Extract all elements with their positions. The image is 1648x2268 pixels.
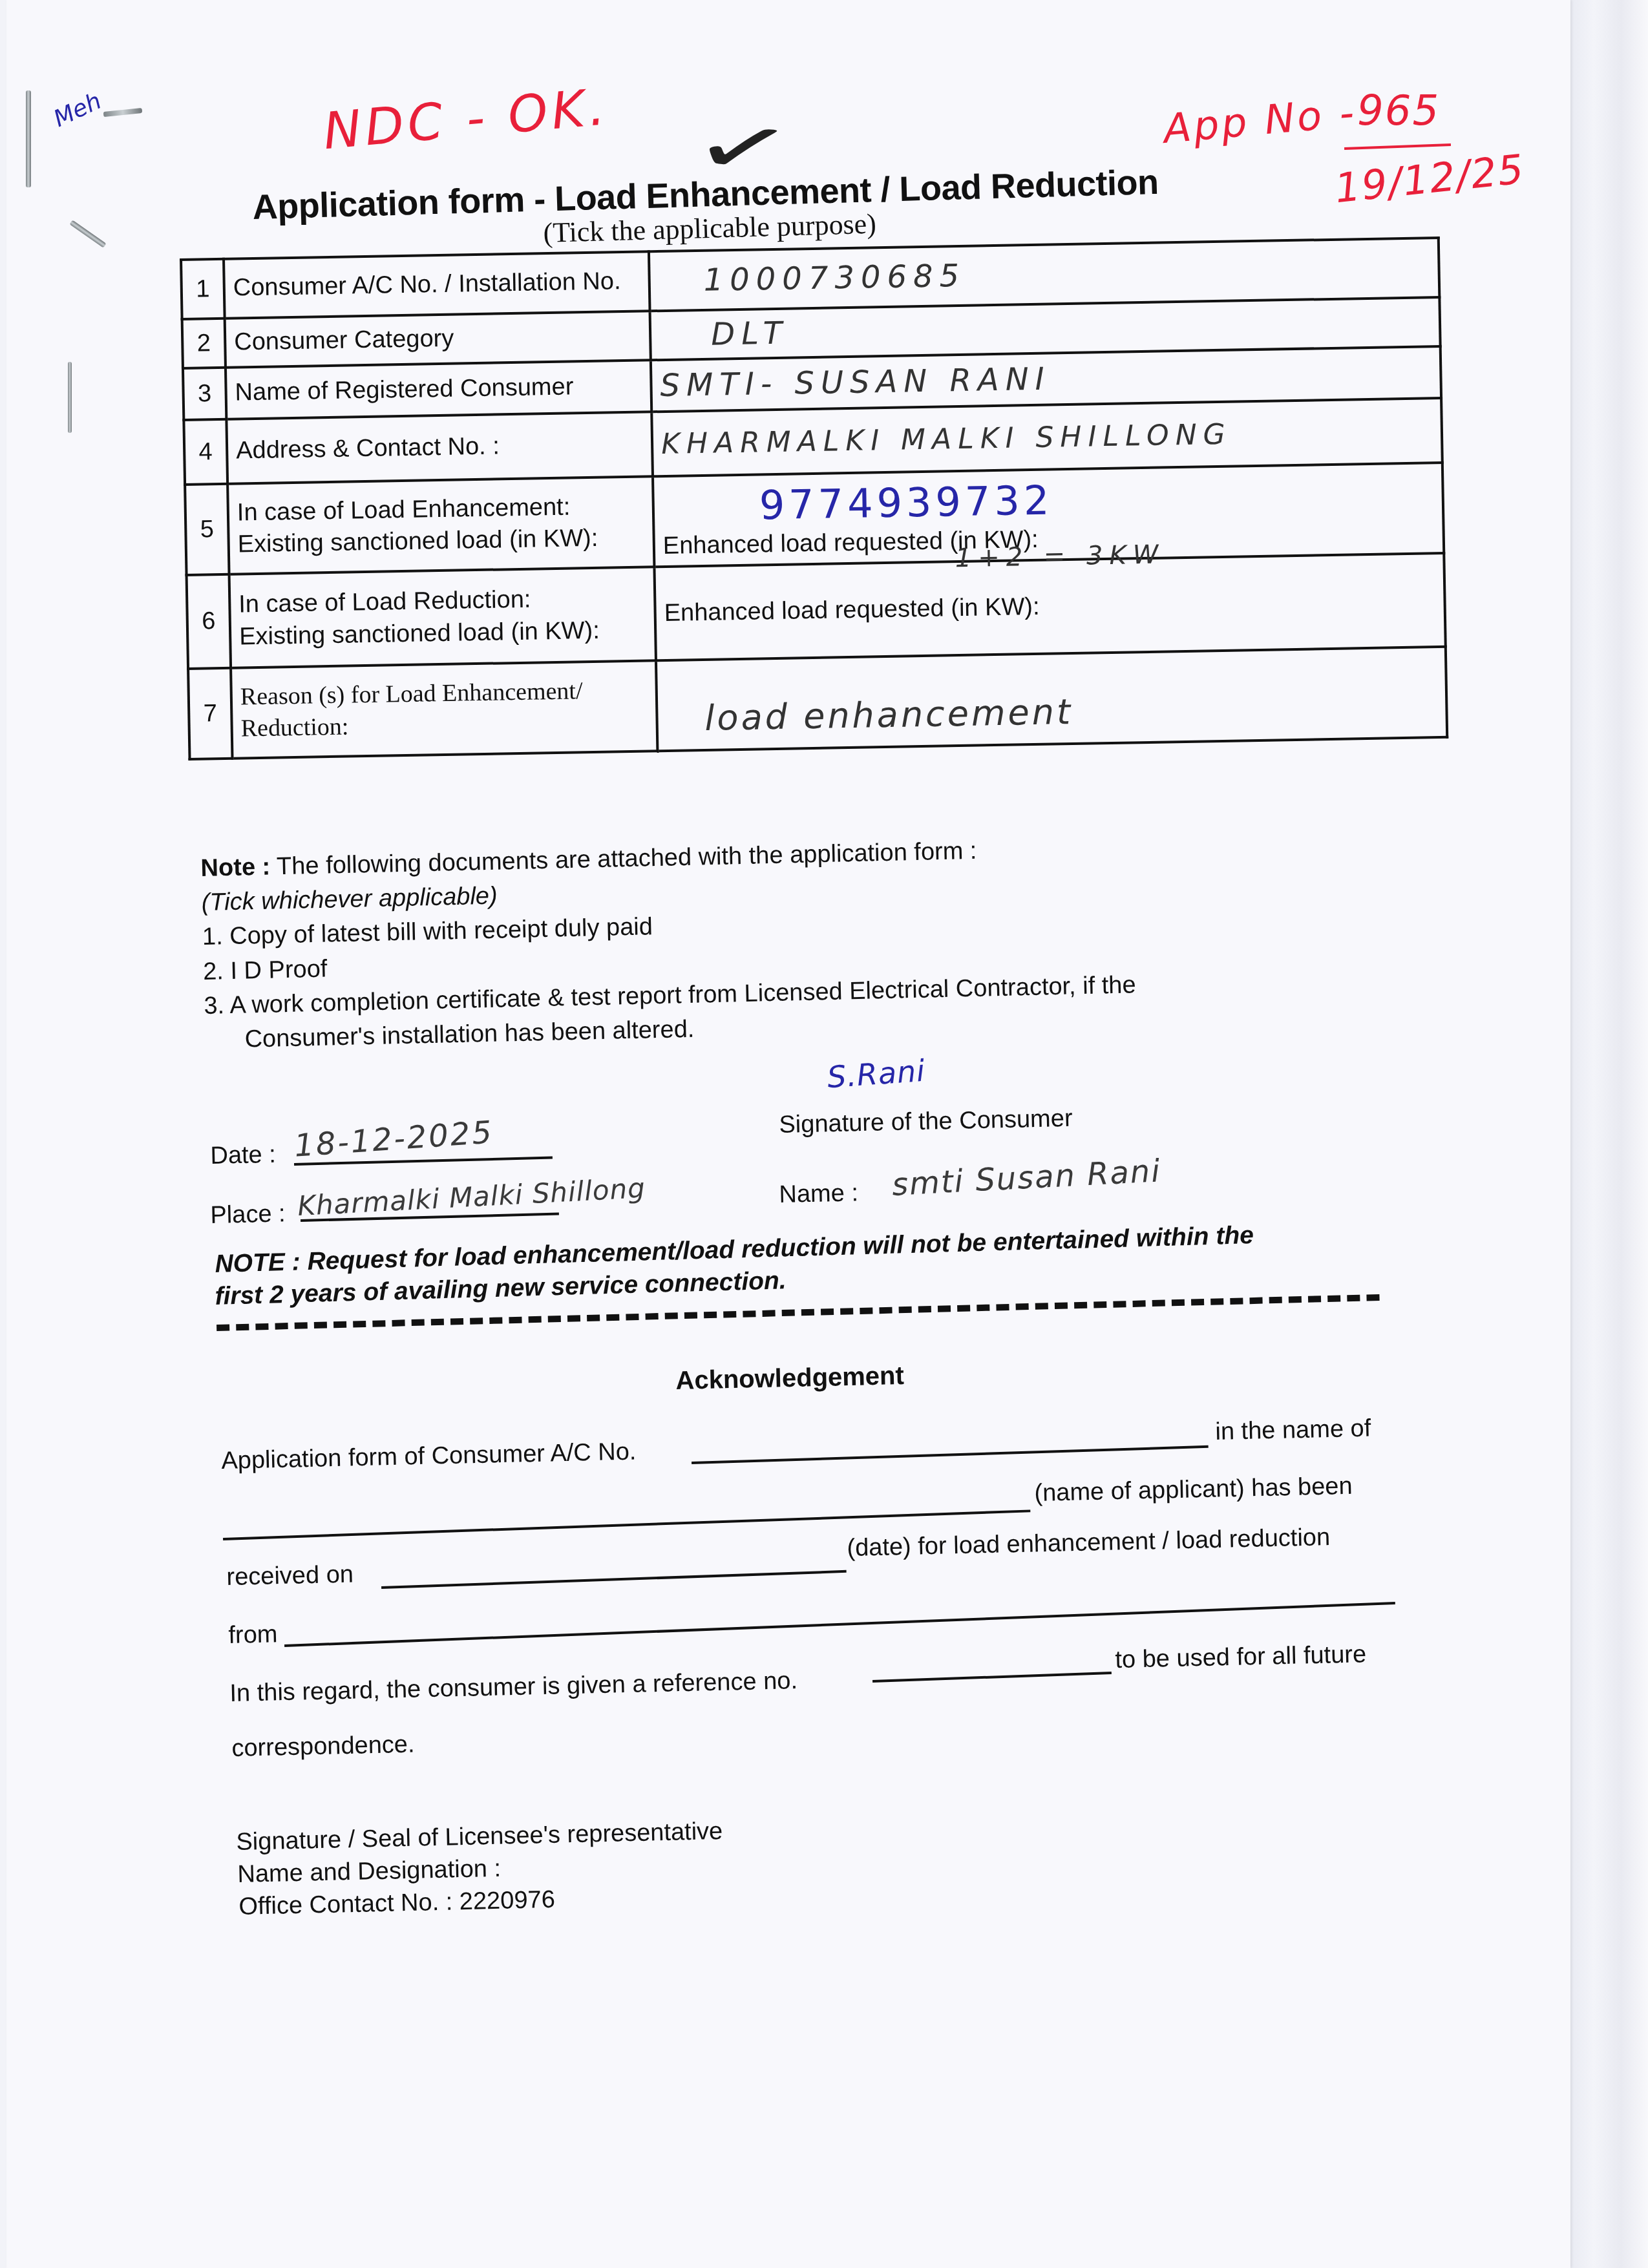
row-label: Reason (s) for Load Enhancement/ Reducti… bbox=[231, 660, 657, 758]
acknowledgement-title: Acknowledgement bbox=[675, 1361, 904, 1396]
row-number: 6 bbox=[187, 574, 231, 669]
row-number: 3 bbox=[183, 368, 226, 420]
staple bbox=[69, 220, 106, 247]
date-label: Date : bbox=[210, 1141, 276, 1170]
note-heading-label: Note : bbox=[200, 854, 271, 882]
row-label: In case of Load Enhancement: Existing sa… bbox=[227, 476, 654, 574]
consumer-category-value: DLT bbox=[711, 315, 789, 353]
row-number: 7 bbox=[188, 668, 232, 759]
consumer-name-value: SMTI- SUSAN RANI bbox=[660, 361, 1051, 404]
ack-line-text: to be used for all future bbox=[1115, 1641, 1367, 1674]
staple bbox=[68, 362, 72, 433]
load-reduction-field[interactable]: Enhanced load requested (in KW): bbox=[654, 553, 1445, 660]
ack-line-text: (name of applicant) has been bbox=[1034, 1473, 1353, 1507]
consumer-ac-no-value: 1000730685 bbox=[703, 258, 966, 299]
row-label: Address & Contact No. : bbox=[226, 412, 653, 483]
signature-label: Signature of the Consumer bbox=[779, 1105, 1073, 1139]
ack-line-text: correspondence. bbox=[231, 1731, 415, 1763]
staple bbox=[103, 108, 143, 117]
ack-line-text: from bbox=[228, 1621, 278, 1650]
name-designation-label: Name and Designation : bbox=[237, 1855, 502, 1889]
ack-from-blank[interactable] bbox=[284, 1602, 1395, 1647]
ack-line-text: received on bbox=[226, 1561, 354, 1591]
row-label: Consumer Category bbox=[225, 311, 651, 367]
office-contact: Office Contact No. : 2220976 bbox=[238, 1886, 555, 1921]
ack-reference-no-blank[interactable] bbox=[872, 1672, 1112, 1683]
row-label-line: Reduction: bbox=[240, 706, 648, 744]
staple bbox=[26, 90, 31, 187]
place-label: Place : bbox=[210, 1200, 286, 1230]
app-date: 19/12/25 bbox=[1333, 145, 1527, 212]
ack-line-text: (date) for load enhancement / load reduc… bbox=[847, 1524, 1331, 1562]
contact-number-value: 9774939732 bbox=[759, 470, 1434, 529]
name-value[interactable]: smti Susan Rani bbox=[891, 1153, 1162, 1203]
row-label: In case of Load Reduction: Existing sanc… bbox=[229, 567, 656, 667]
ack-received-date-blank[interactable] bbox=[381, 1570, 847, 1589]
row-label-line: Existing sanctioned load (in KW): bbox=[239, 614, 647, 653]
app-no-value: 965 bbox=[1357, 87, 1440, 135]
reduced-load-label: Enhanced load requested (in KW): bbox=[664, 593, 1040, 627]
ack-line-text: in the name of bbox=[1215, 1415, 1371, 1446]
ndc-status-annotation: NDC - OK. bbox=[321, 78, 611, 161]
reason-value: load enhancement bbox=[704, 691, 1073, 738]
app-no-divider bbox=[1344, 143, 1451, 150]
load-enhancement-field[interactable]: 9774939732 Enhanced load requested (in K… bbox=[653, 463, 1444, 567]
row-number: 4 bbox=[184, 419, 227, 485]
document-page: Meh NDC - OK. ✓ App No - 965 19/12/25 Ap… bbox=[6, 0, 1570, 2268]
row-number: 1 bbox=[181, 259, 225, 319]
ack-line-text: In this regard, the consumer is given a … bbox=[229, 1667, 798, 1708]
app-no-label: App No - bbox=[1161, 89, 1358, 152]
row-number: 2 bbox=[182, 319, 226, 368]
date-value[interactable]: 18-12-2025 bbox=[293, 1114, 494, 1164]
row-number: 5 bbox=[185, 484, 229, 575]
consumer-signature: S.Rani bbox=[826, 1053, 926, 1095]
documents-note: Note : The following documents are attac… bbox=[200, 830, 1137, 1058]
ack-ac-no-blank[interactable] bbox=[692, 1445, 1209, 1464]
row-label-line: Existing sanctioned load (in KW): bbox=[237, 522, 645, 561]
address-value: KHARMALKI MALKI SHILLONG bbox=[661, 417, 1232, 460]
name-label: Name : bbox=[779, 1179, 858, 1209]
row-label: Name of Registered Consumer bbox=[226, 360, 651, 419]
initials-annotation: Meh bbox=[50, 88, 105, 132]
application-form-table: 1 Consumer A/C No. / Installation No. 10… bbox=[180, 236, 1448, 761]
ack-line-text: Application form of Consumer A/C No. bbox=[221, 1438, 637, 1475]
office-contact-label: Office Contact No. : bbox=[238, 1888, 453, 1920]
licensee-signature-label: Signature / Seal of Licensee's represent… bbox=[236, 1818, 723, 1856]
row-label: Consumer A/C No. / Installation No. bbox=[224, 251, 650, 318]
paper-stack-edge bbox=[1558, 0, 1648, 2268]
office-contact-value: 2220976 bbox=[459, 1886, 555, 1915]
reason-field[interactable]: load enhancement bbox=[656, 647, 1447, 751]
